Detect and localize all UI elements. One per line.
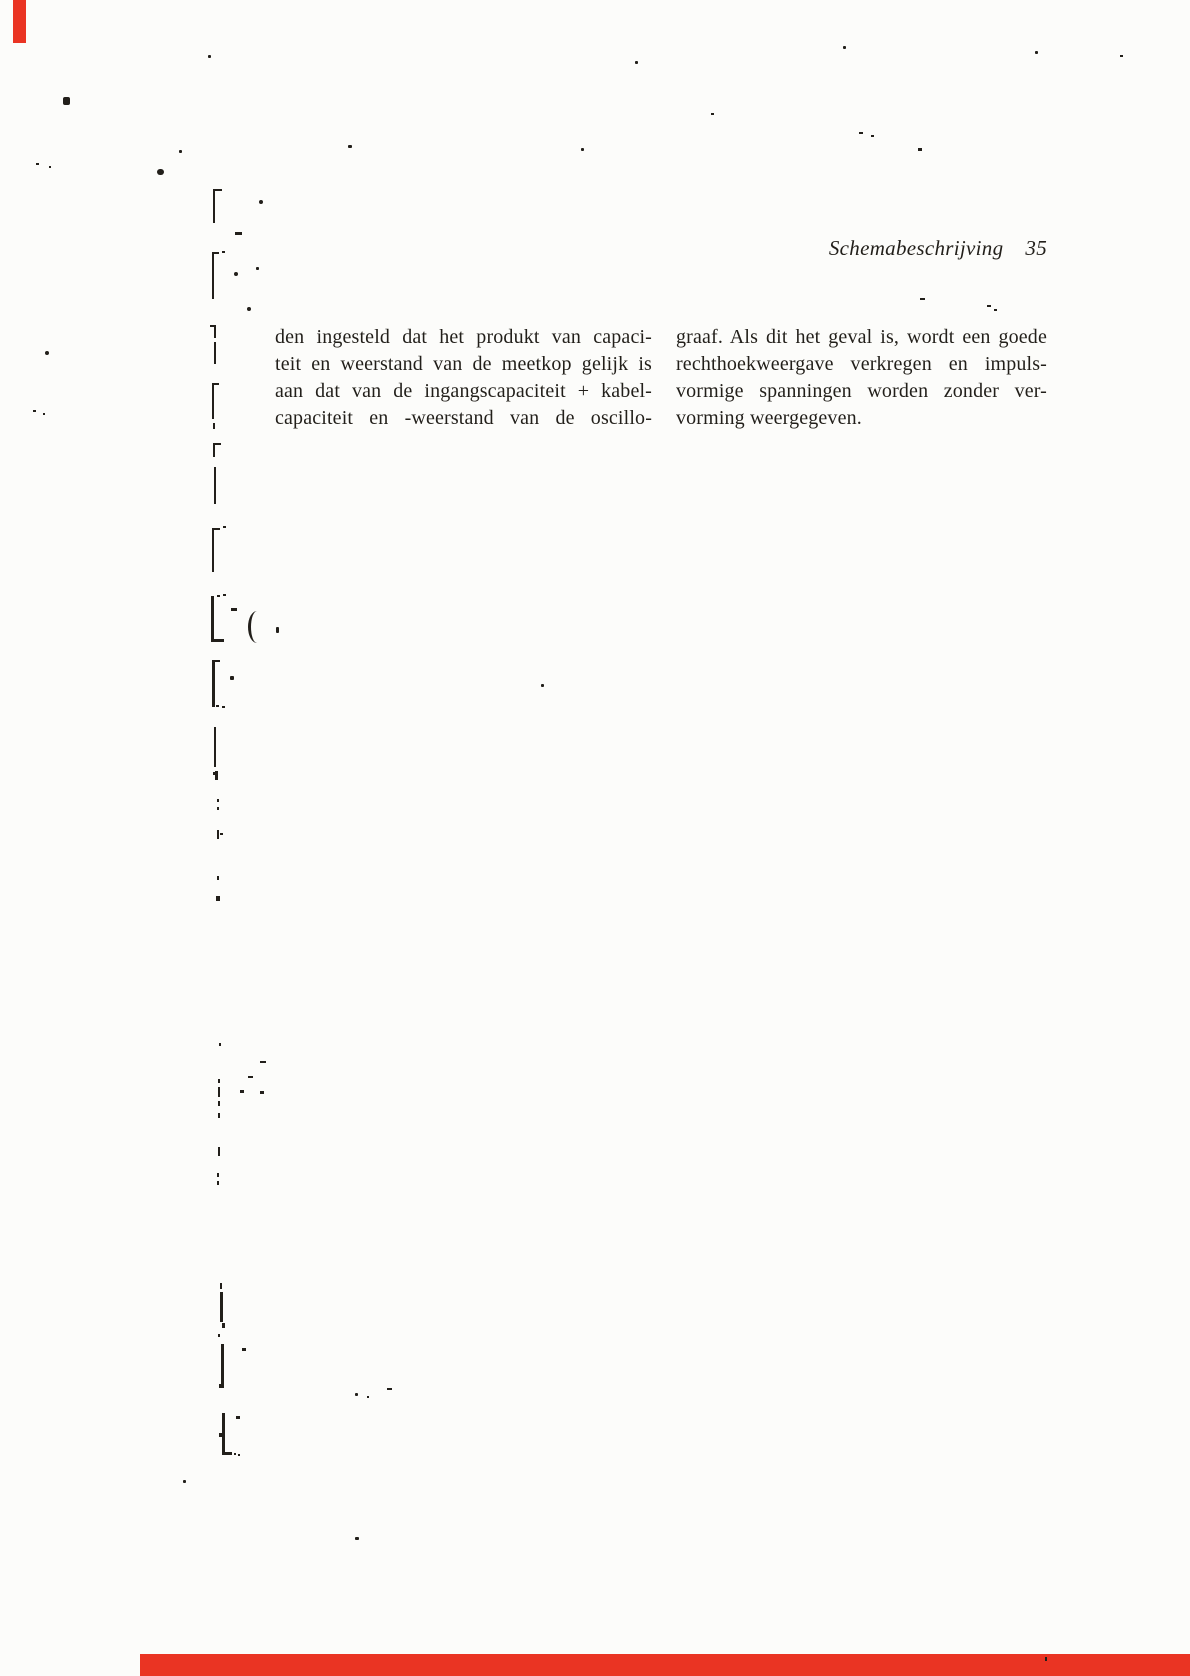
scan-red-bar-bottom <box>140 1654 1190 1676</box>
margin-dot <box>217 876 219 880</box>
margin-bracket-tick <box>212 383 219 385</box>
ink-speck <box>179 150 182 153</box>
ink-speck <box>216 705 219 707</box>
margin-tick <box>218 1147 220 1156</box>
margin-tick <box>222 1323 225 1328</box>
comma-speck <box>276 627 279 633</box>
ink-speck <box>355 1537 359 1540</box>
ink-speck <box>920 298 925 300</box>
text-line: aan dat van de ingangscapaciteit + kabel… <box>275 378 652 405</box>
margin-bracket-tick <box>210 325 214 327</box>
ink-speck <box>234 272 238 276</box>
ink-speck <box>256 267 259 270</box>
margin-bracket-foot <box>222 1452 232 1455</box>
ink-speck <box>208 55 211 58</box>
ink-speck <box>541 684 544 687</box>
page-number: 35 <box>1025 236 1047 260</box>
ink-speck <box>234 1453 236 1455</box>
text-line: graaf. Als dit het geval is, wordt een g… <box>676 324 1047 351</box>
ink-speck <box>223 594 226 596</box>
ink-speck <box>918 148 922 151</box>
margin-line-dashed <box>214 342 216 364</box>
running-title: Schemabeschrijving <box>829 236 1004 260</box>
margin-dot <box>219 1043 221 1046</box>
margin-bracket <box>212 529 214 572</box>
ink-speck <box>36 163 39 165</box>
text-line: rechthoekweergave verkregen en impuls- <box>676 351 1047 378</box>
margin-tick <box>217 830 219 839</box>
margin-dot <box>217 799 219 802</box>
paren-mark <box>248 611 266 643</box>
scan-red-bar-top-left <box>13 0 26 43</box>
ink-speck <box>247 307 251 311</box>
text-line: vorming weergegeven. <box>676 405 1047 432</box>
margin-line-dashed <box>218 1087 220 1097</box>
ink-speck <box>157 169 164 175</box>
ink-speck <box>63 97 70 105</box>
page-header: Schemabeschrijving35 <box>0 236 1047 261</box>
ink-speck <box>222 706 225 708</box>
ink-speck <box>994 309 997 311</box>
margin-dot <box>218 1113 220 1118</box>
margin-bracket-foot <box>211 639 224 642</box>
margin-dot <box>218 1334 220 1337</box>
ink-speck <box>859 132 863 134</box>
margin-line <box>214 467 216 504</box>
margin-line-dashed <box>218 1101 220 1106</box>
margin-line <box>221 1344 224 1388</box>
ink-speck <box>259 200 263 204</box>
margin-bracket-large <box>222 1413 225 1455</box>
ink-speck <box>348 145 352 148</box>
margin-line-dashed <box>214 325 216 338</box>
margin-tick <box>213 772 215 775</box>
text-line: capaciteit en -weerstand van de oscillo- <box>275 405 652 432</box>
ink-speck <box>183 1480 186 1483</box>
ink-speck <box>238 1454 240 1456</box>
margin-dot <box>216 896 220 901</box>
margin-tick <box>220 833 223 835</box>
text-line: vormige spanningen worden zonder ver- <box>676 378 1047 405</box>
margin-line-dashed <box>213 423 215 429</box>
ink-speck <box>1035 51 1038 54</box>
ink-speck <box>871 135 874 137</box>
margin-tick <box>215 771 218 780</box>
ink-speck <box>843 46 846 49</box>
scanned-page: Schemabeschrijving35 den ingesteld dat h… <box>0 0 1190 1676</box>
ink-speck <box>230 676 234 680</box>
margin-line-dashed <box>220 1283 222 1289</box>
margin-bracket <box>212 661 215 707</box>
margin-line <box>214 727 216 767</box>
text-line: teit en weerstand van de meetkop gelijk … <box>275 351 652 378</box>
margin-bracket-large <box>211 596 214 642</box>
margin-dot <box>217 1173 219 1177</box>
margin-line-dashed <box>218 1079 220 1083</box>
ink-speck <box>581 148 584 151</box>
margin-bracket-tick <box>213 189 222 191</box>
left-column: den ingesteld dat het produkt van capaci… <box>275 324 652 432</box>
ink-speck <box>231 608 237 611</box>
ink-speck <box>355 1393 358 1396</box>
ink-speck <box>367 1396 369 1398</box>
right-column: graaf. Als dit het geval is, wordt een g… <box>676 324 1047 432</box>
ink-speck <box>240 1090 244 1093</box>
ink-speck <box>45 351 49 355</box>
margin-bracket-tick <box>212 528 220 530</box>
ink-speck <box>635 61 638 64</box>
margin-bracket <box>213 190 215 223</box>
margin-bracket-tick <box>212 660 220 662</box>
margin-dot <box>217 1181 219 1185</box>
ink-speck <box>987 305 991 307</box>
ink-speck <box>387 1388 392 1390</box>
ink-speck <box>242 1348 246 1351</box>
ink-speck <box>1045 1657 1047 1661</box>
margin-bracket <box>213 444 215 457</box>
margin-bracket-tick <box>213 443 221 445</box>
ink-speck <box>260 1061 266 1063</box>
ink-speck <box>223 526 226 528</box>
ink-speck <box>1120 55 1123 57</box>
ink-speck <box>43 413 45 415</box>
margin-tick <box>219 1384 223 1388</box>
margin-dot <box>217 807 219 810</box>
text-line: den ingesteld dat het produkt van capaci… <box>275 324 652 351</box>
margin-line <box>220 1292 223 1322</box>
ink-speck <box>260 1091 264 1094</box>
ink-speck <box>49 166 51 168</box>
ink-speck <box>235 232 242 235</box>
ink-speck <box>248 1076 253 1078</box>
ink-speck <box>236 1416 240 1419</box>
margin-bracket <box>212 384 214 419</box>
margin-tick <box>219 1433 222 1437</box>
ink-speck <box>33 410 36 412</box>
ink-speck <box>711 113 714 115</box>
ink-speck <box>217 595 220 597</box>
